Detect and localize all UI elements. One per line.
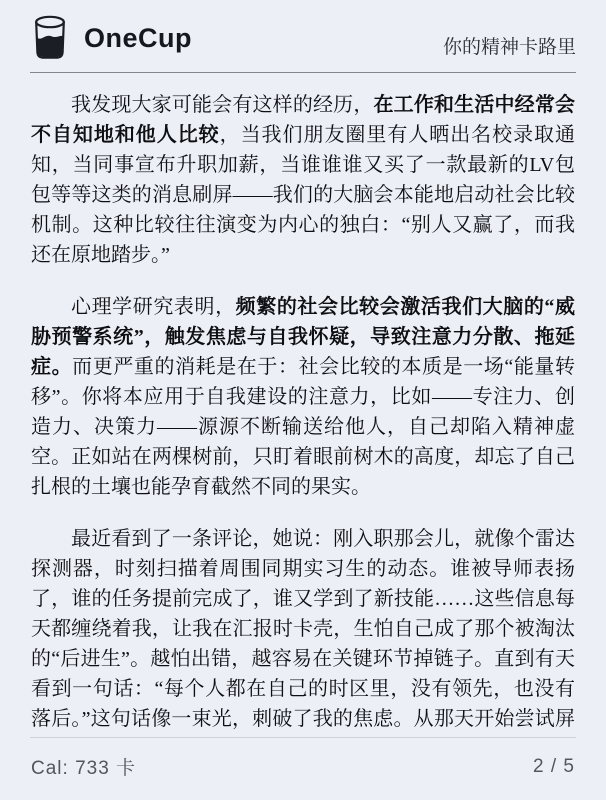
text-run: 心理学研究表明，: [71, 296, 236, 318]
status-bar: Cal: 733 卡 2 / 5: [0, 738, 606, 800]
text-run: 我发现大家可能会有这样的经历，: [71, 94, 374, 116]
text-run: 最近看到了一条评论，她说：刚入职那会儿，就像个雷达探测器，时刻扫描着周围同期实习…: [31, 528, 575, 737]
app-tagline: 你的精神卡路里: [443, 18, 576, 59]
onecup-reader-page: OneCup 你的精神卡路里 我发现大家可能会有这样的经历，在工作和生活中经常会…: [0, 0, 606, 800]
app-header: OneCup 你的精神卡路里: [0, 0, 606, 62]
calorie-counter: Cal: 733 卡: [31, 753, 136, 780]
article-paragraph: 最近看到了一条评论，她说：刚入职那会儿，就像个雷达探测器，时刻扫描着周围同期实习…: [31, 524, 575, 737]
brand: OneCup: [30, 14, 192, 62]
cup-half-filled-icon: [30, 14, 70, 62]
page-indicator: 2 / 5: [533, 756, 575, 778]
text-run: 而更严重的消耗是在于：社会比较的本质是一场“能量转移”。你将本应用于自我建设的注…: [31, 356, 575, 498]
app-name: OneCup: [84, 23, 192, 54]
article-paragraph: 我发现大家可能会有这样的经历，在工作和生活中经常会不自知地和他人比较，当我们朋友…: [31, 90, 575, 270]
article-paragraph: 心理学研究表明，频繁的社会比较会激活我们大脑的“威胁预警系统”，触发焦虑与自我怀…: [31, 292, 575, 502]
article-content: 我发现大家可能会有这样的经历，在工作和生活中经常会不自知地和他人比较，当我们朋友…: [0, 73, 606, 737]
